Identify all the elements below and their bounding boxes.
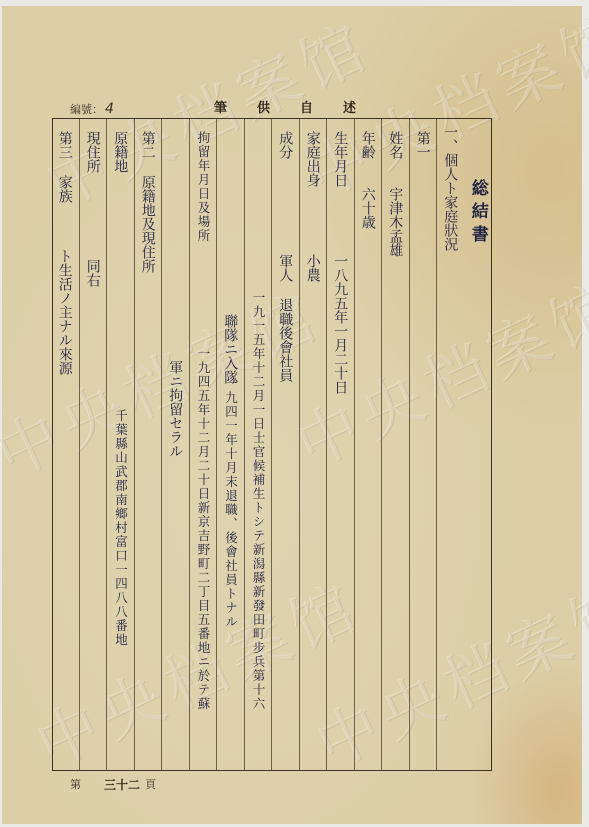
career-2-text-1: 一九四一年十月末退職、後會社員トナル [224, 377, 237, 629]
detention-text-0: 拘留年月日及場所 [197, 131, 210, 243]
column-family-origin: 家庭出身小農 [299, 119, 327, 770]
name-text-0: 姓名 [388, 131, 402, 159]
column-age: 年齢六十歳 [354, 119, 382, 770]
column-status: 成分軍人 退職後會社員 [271, 119, 299, 770]
part-2-text-0: 第二 原籍地及現住所 [141, 131, 155, 273]
column-career-2: 聯隊ニ入隊一九四一年十月末退職、後會社員トナル [216, 119, 244, 770]
form-grid: 総結書一、個人ト家庭狀況第一姓名宇津木孟雄年齢六十歳生年月日一八九五年一月二十日… [52, 118, 492, 771]
page-suffix: 頁 [145, 776, 156, 792]
form-title: 筆供自述 [214, 97, 386, 116]
career-1-text-0: 一九一五年十二月一日士官候補生トシテ新潟縣新發田町步兵第十六 [252, 291, 265, 711]
origin-text-1: 千葉縣山武郡南鄉村富口一四八八番地 [114, 409, 127, 647]
residence-text-0: 現住所 [86, 131, 100, 173]
column-part-1: 第一 [409, 119, 437, 770]
column-residence: 現住所同右 [79, 119, 107, 770]
origin-text-0: 原籍地 [113, 131, 127, 173]
title-text-0: 総結書 [469, 179, 486, 248]
page-number: 三十二 [104, 776, 140, 793]
column-title: 総結書 [464, 119, 492, 770]
name-text-1: 宇津木孟雄 [388, 187, 402, 257]
column-part-2: 第二 原籍地及現住所 [134, 119, 162, 770]
birthdate-text-0: 生年月日 [333, 131, 347, 187]
family-origin-text-0: 家庭出身 [306, 131, 320, 187]
status-text-0: 成分 [278, 131, 292, 159]
document-number-value: 4 [105, 101, 114, 117]
detention-text-1: 一九四五年十二月二十日新京吉野町二丁目五番地ニ於テ蘇 [197, 347, 210, 711]
column-origin: 原籍地千葉縣山武郡南鄉村富口一四八八番地 [106, 119, 134, 770]
detention-2-text-0: 軍ニ拘留セラル [168, 360, 182, 458]
career-2-text-0: 聯隊ニ入隊 [223, 314, 237, 384]
column-section-1: 一、個人ト家庭狀況 [436, 119, 464, 770]
document-number: 編號：4 [70, 101, 114, 117]
section-1-text-0: 一、個人ト家庭狀況 [443, 125, 457, 251]
column-detention-2: 軍ニ拘留セラル [161, 119, 189, 770]
residence-text-1: 同右 [86, 259, 100, 287]
page-prefix: 第 [70, 776, 81, 792]
part-3-text-0: 第三 家族 [58, 131, 72, 203]
part-1-text-0: 第一 [416, 131, 430, 159]
column-detention: 拘留年月日及場所一九四五年十二月二十日新京吉野町二丁目五番地ニ於テ蘇 [189, 119, 217, 770]
status-text-1: 軍人 退職後會社員 [278, 254, 292, 382]
column-name: 姓名宇津木孟雄 [381, 119, 409, 770]
column-birthdate: 生年月日一八九五年一月二十日 [326, 119, 354, 770]
family-origin-text-1: 小農 [306, 254, 320, 282]
part-3-text-1: ト生活ノ主ナル來源 [58, 249, 72, 375]
age-text-1: 六十歳 [361, 187, 375, 229]
document-number-label: 編號： [70, 103, 103, 116]
age-text-0: 年齢 [361, 131, 375, 159]
column-career-1: 一九一五年十二月一日士官候補生トシテ新潟縣新發田町步兵第十六 [244, 119, 272, 770]
birthdate-text-1: 一八九五年一月二十日 [333, 254, 347, 394]
column-part-3: 第三 家族ト生活ノ主ナル來源 [51, 119, 79, 770]
